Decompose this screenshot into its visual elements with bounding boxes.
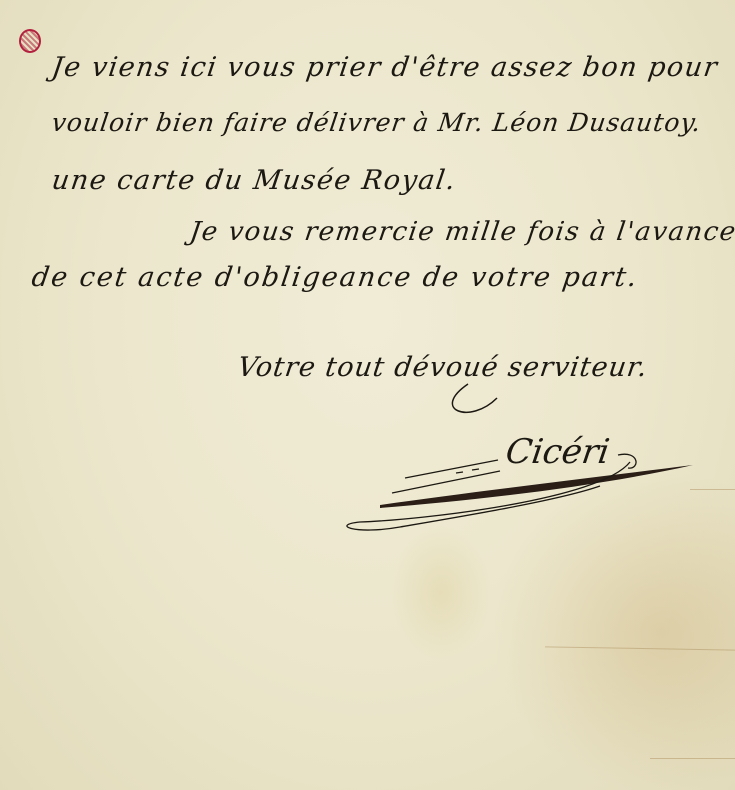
- signature-flourish-icon: [0, 0, 735, 790]
- letter-page: Je viens ici vous prier d'être assez bon…: [0, 0, 735, 790]
